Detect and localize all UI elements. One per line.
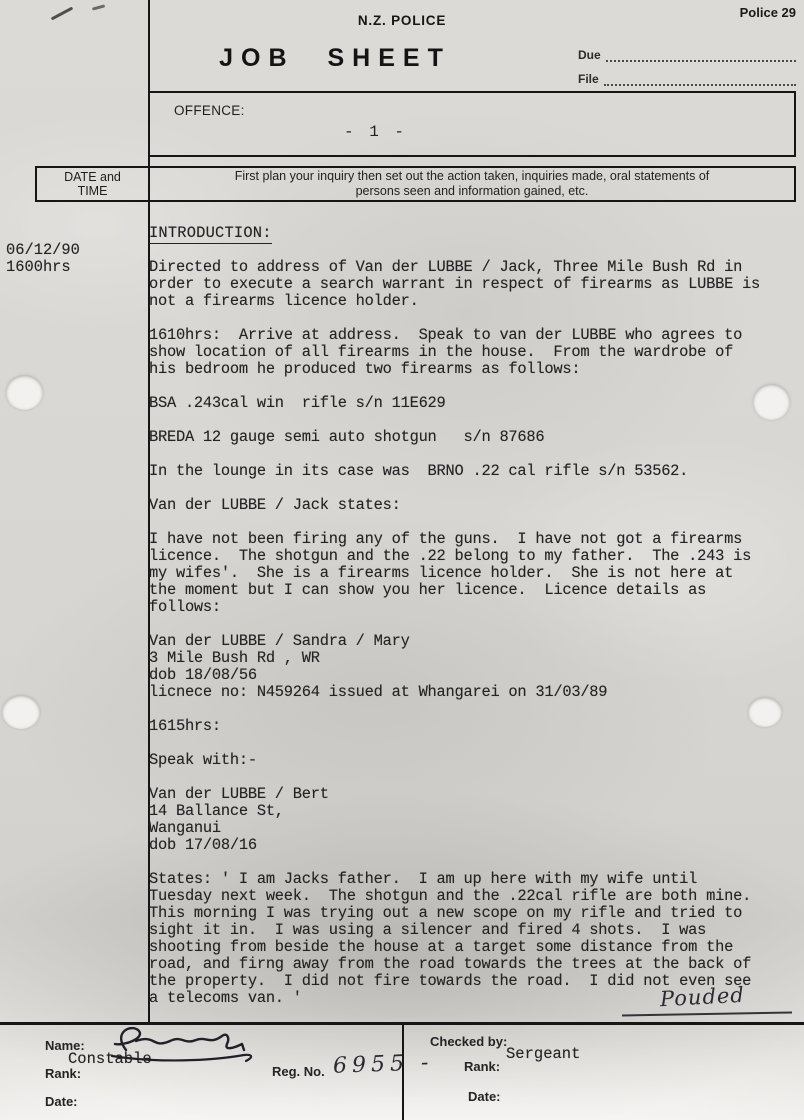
- hole-punch: [6, 375, 43, 410]
- org-title: N.Z. POLICE: [0, 13, 804, 28]
- margin-date-time: 06/12/90 1600hrs: [6, 242, 80, 276]
- due-dotted-line: [606, 50, 796, 62]
- file-label: File: [578, 72, 599, 86]
- due-field: Due: [578, 48, 796, 62]
- offence-label: OFFENCE:: [174, 103, 245, 118]
- rank-label: Rank:: [45, 1066, 81, 1081]
- hole-punch: [753, 384, 790, 420]
- job-sheet-scanned-page: Police 29 N.Z. POLICE JOB SHEET Due File…: [0, 0, 804, 1120]
- file-field: File: [578, 72, 796, 86]
- form-title: JOB SHEET: [0, 44, 670, 73]
- due-label: Due: [578, 48, 601, 62]
- file-dotted-line: [604, 74, 796, 86]
- pen-mark: [92, 4, 105, 10]
- body-heading: INTRODUCTION:: [149, 224, 272, 244]
- reg-no-handwritten-value: 6955 -: [333, 1050, 434, 1078]
- hole-punch: [2, 695, 40, 729]
- checked-rank-label: Rank:: [464, 1059, 500, 1074]
- checked-rank-value: Sergeant: [506, 1045, 580, 1063]
- checked-date-label: Date:: [468, 1089, 501, 1104]
- page-number: - 1 -: [344, 123, 407, 141]
- date-time-label: DATE and TIME: [37, 168, 150, 200]
- handwritten-annotation: Pouded: [659, 983, 745, 1011]
- handwritten-underline: [622, 1012, 792, 1017]
- body-text: Directed to address of Van der LUBBE / J…: [149, 242, 804, 1007]
- date-time-header-row: DATE and TIME First plan your inquiry th…: [35, 166, 796, 202]
- reg-no-label: Reg. No.: [272, 1064, 325, 1079]
- date-label: Date:: [45, 1094, 78, 1109]
- form-instructions: First plan your inquiry then set out the…: [150, 168, 794, 200]
- offence-box: OFFENCE: - 1 -: [148, 91, 796, 157]
- hole-punch: [748, 697, 782, 727]
- checked-by-label: Checked by:: [430, 1034, 507, 1049]
